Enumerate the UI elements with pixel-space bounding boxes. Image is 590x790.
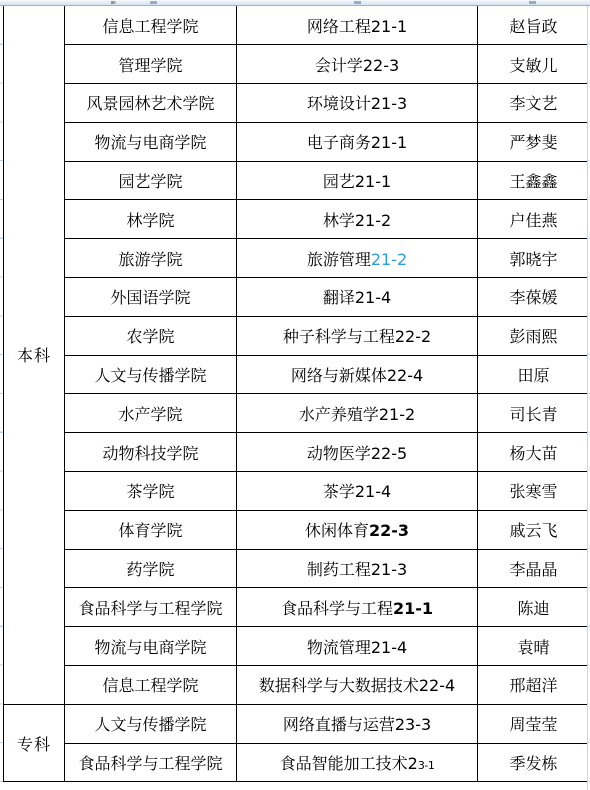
class-cell[interactable]: 物流管理21-4 [237,627,478,666]
category-cell-benke[interactable]: 本科 [4,6,65,704]
table-row: 林学院林学21-2户佳燕 [4,200,590,239]
name-cell[interactable]: 袁晴 [478,627,590,666]
table-row: 食品科学与工程学院食品科学与工程21-1陈迪 [4,588,590,627]
table-row: 风景园林艺术学院环境设计21-3李文艺 [4,84,590,123]
name-cell[interactable]: 季发栋 [478,743,590,782]
table-row: 水产学院水产养殖学21-2司长青 [4,394,590,433]
class-cell[interactable]: 数据科学与大数据技术22-4 [237,666,478,705]
class-cell[interactable]: 网络直播与运营23-3 [237,704,478,743]
class-text-part: 休闲体育 [305,521,369,540]
class-text-part: 制药工程21-3 [307,560,407,579]
name-cell[interactable]: 严梦斐 [478,122,590,161]
college-cell[interactable]: 信息工程学院 [65,6,237,45]
column-letter-remnant [111,1,114,4]
class-text-part: 种子科学与工程22-2 [283,327,431,346]
class-cell[interactable]: 茶学21-4 [237,472,478,511]
class-text-part: 网络直播与运营23-3 [283,715,431,734]
college-cell[interactable]: 食品科学与工程学院 [65,588,237,627]
college-cell[interactable]: 体育学院 [65,510,237,549]
category-cell-zhuanke[interactable]: 专科 [4,704,65,782]
college-cell[interactable]: 人文与传播学院 [65,355,237,394]
class-text-part: 数据科学与大数据技术22-4 [259,676,455,695]
table-row: 园艺学院园艺21-1王鑫鑫 [4,161,590,200]
class-text-part: 22-3 [369,521,409,540]
college-cell[interactable]: 农学院 [65,316,237,355]
college-cell[interactable]: 信息工程学院 [65,666,237,705]
name-cell[interactable]: 李葆媛 [478,278,590,317]
class-cell[interactable]: 动物医学22-5 [237,433,478,472]
college-cell[interactable]: 园艺学院 [65,161,237,200]
class-cell[interactable]: 会计学22-3 [237,45,478,84]
table-row: 体育学院休闲体育22-3戚云飞 [4,510,590,549]
college-cell[interactable]: 人文与传播学院 [65,704,237,743]
table-row: 专科人文与传播学院网络直播与运营23-3周莹莹 [4,704,590,743]
name-cell[interactable]: 支敏儿 [478,45,590,84]
class-text-part: 翻译21-4 [323,288,391,307]
class-text-part: 环境设计21-3 [307,94,407,113]
class-cell[interactable]: 食品科学与工程21-1 [237,588,478,627]
class-cell[interactable]: 制药工程21-3 [237,549,478,588]
college-cell[interactable]: 物流与电商学院 [65,122,237,161]
name-cell[interactable]: 戚云飞 [478,510,590,549]
class-text-part: 园艺21-1 [323,172,391,191]
class-cell[interactable]: 种子科学与工程22-2 [237,316,478,355]
college-cell[interactable]: 物流与电商学院 [65,627,237,666]
class-text-part: 旅游管理 [307,250,371,269]
column-letter-remnant [150,1,157,4]
table-row: 动物科技学院动物医学22-5杨大苗 [4,433,590,472]
college-cell[interactable]: 风景园林艺术学院 [65,84,237,123]
class-cell[interactable]: 电子商务21-1 [237,122,478,161]
class-cell[interactable]: 水产养殖学21-2 [237,394,478,433]
table-row: 药学院制药工程21-3李晶晶 [4,549,590,588]
class-text-part: 茶学21-4 [323,482,391,501]
class-cell[interactable]: 环境设计21-3 [237,84,478,123]
column-header-strip [0,0,590,6]
class-text-part: 会计学22-3 [315,56,399,75]
class-text-part: 网络工程21-1 [307,17,407,36]
roster-table: 本科信息工程学院网络工程21-1赵旨政管理学院会计学22-3支敏儿风景园林艺术学… [3,6,590,782]
college-cell[interactable]: 茶学院 [65,472,237,511]
class-text-part: 食品科学与工程 [281,599,393,618]
class-cell[interactable]: 林学21-2 [237,200,478,239]
name-cell[interactable]: 李晶晶 [478,549,590,588]
table-row: 人文与传播学院网络与新媒体22-4田原 [4,355,590,394]
class-cell[interactable]: 翻译21-4 [237,278,478,317]
table-row: 食品科学与工程学院食品智能加工技术23-1季发栋 [4,743,590,782]
class-text-part: 水产养殖学21-2 [299,405,415,424]
class-cell[interactable]: 园艺21-1 [237,161,478,200]
name-cell[interactable]: 户佳燕 [478,200,590,239]
class-text-part: 21-1 [393,599,433,618]
class-text-part: 食品智能加工技术2 [280,754,418,773]
class-text-part: 电子商务21-1 [307,133,407,152]
name-cell[interactable]: 田原 [478,355,590,394]
name-cell[interactable]: 赵旨政 [478,6,590,45]
class-text-part: 网络与新媒体22-4 [291,366,423,385]
class-text-part: 林学21-2 [323,211,391,230]
college-cell[interactable]: 水产学院 [65,394,237,433]
college-cell[interactable]: 外国语学院 [65,278,237,317]
column-letter-remnant [529,1,536,4]
table-row: 本科信息工程学院网络工程21-1赵旨政 [4,6,590,45]
college-cell[interactable]: 食品科学与工程学院 [65,743,237,782]
column-letter-remnant [354,1,361,4]
table-row: 物流与电商学院电子商务21-1严梦斐 [4,122,590,161]
name-cell[interactable]: 周莹莹 [478,704,590,743]
name-cell[interactable]: 彭雨熙 [478,316,590,355]
name-cell[interactable]: 杨大苗 [478,433,590,472]
college-cell[interactable]: 管理学院 [65,45,237,84]
class-text-part: 动物医学22-5 [307,444,407,463]
college-cell[interactable]: 林学院 [65,200,237,239]
college-cell[interactable]: 旅游学院 [65,239,237,278]
table-row: 外国语学院翻译21-4李葆媛 [4,278,590,317]
class-cell[interactable]: 休闲体育22-3 [237,510,478,549]
college-cell[interactable]: 动物科技学院 [65,433,237,472]
name-cell[interactable]: 张寒雪 [478,472,590,511]
table-row: 茶学院茶学21-4张寒雪 [4,472,590,511]
class-text-part: 21-2 [371,250,407,269]
table-row: 管理学院会计学22-3支敏儿 [4,45,590,84]
table-row: 农学院种子科学与工程22-2彭雨熙 [4,316,590,355]
class-cell[interactable]: 旅游管理21-2 [237,239,478,278]
class-text-part: 物流管理21-4 [307,638,407,657]
class-cell[interactable]: 食品智能加工技术23-1 [237,743,478,782]
name-cell[interactable]: 邢超洋 [478,666,590,705]
table-row: 信息工程学院数据科学与大数据技术22-4邢超洋 [4,666,590,705]
college-cell[interactable]: 药学院 [65,549,237,588]
class-cell[interactable]: 网络工程21-1 [237,6,478,45]
name-cell[interactable]: 李文艺 [478,84,590,123]
table-row: 物流与电商学院物流管理21-4袁晴 [4,627,590,666]
name-cell[interactable]: 陈迪 [478,588,590,627]
class-text-part: 3-1 [418,759,434,772]
adjacent-column-sliver-left [0,6,3,790]
table-row: 旅游学院旅游管理21-2郭晓宇 [4,239,590,278]
name-cell[interactable]: 王鑫鑫 [478,161,590,200]
name-cell[interactable]: 郭晓宇 [478,239,590,278]
name-cell[interactable]: 司长青 [478,394,590,433]
class-cell[interactable]: 网络与新媒体22-4 [237,355,478,394]
